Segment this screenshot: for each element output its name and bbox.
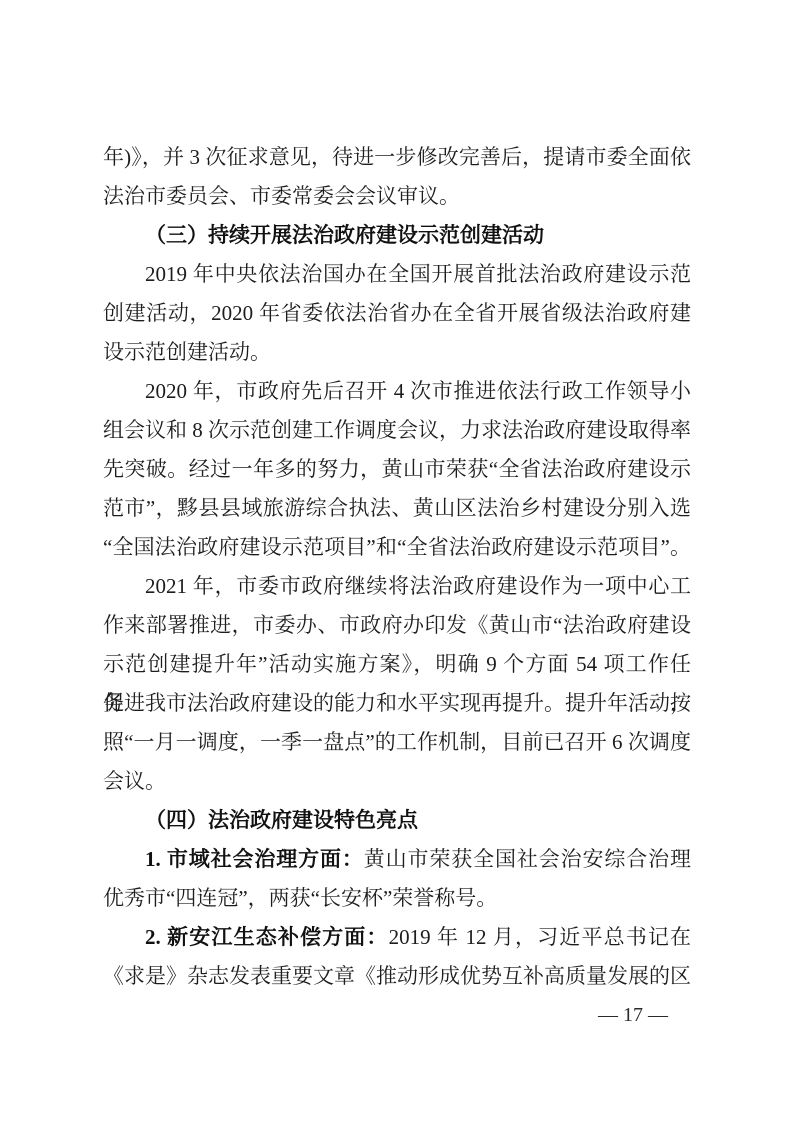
text-line: 2020 年，市政府先后召开 4 次市推进依法行政工作领导小: [103, 372, 691, 411]
text-line: 先突破。经过一年多的努力，黄山市荣获“全省法治政府建设示: [103, 450, 691, 489]
text-line: “全国法治政府建设示范项目”和“全省法治政府建设示范项目”。: [103, 528, 691, 567]
paragraph-item-2: 2. 新安江生态补偿方面：2019 年 12 月，习近平总书记在 《求是》杂志发…: [103, 918, 691, 996]
text-line: 《求是》杂志发表重要文章《推动形成优势互补高质量发展的区: [103, 957, 691, 996]
text-line: 组会议和 8 次示范创建工作调度会议，力求法治政府建设取得率: [103, 411, 691, 450]
text-line: 年)》，并 3 次征求意见，待进一步修改完善后，提请市委全面依: [103, 138, 691, 177]
text-line: 2019 年中央依法治国办在全国开展首批法治政府建设示范: [103, 255, 691, 294]
text-line: 促进我市法治政府建设的能力和水平实现再提升。提升年活动按: [103, 684, 691, 723]
heading-section-4: （四）法治政府建设特色亮点: [103, 801, 691, 840]
heading-section-3: （三）持续开展法治政府建设示范创建活动: [103, 216, 691, 255]
text-line: 示范创建提升年”活动实施方案》，明确 9 个方面 54 项工作任务，: [103, 645, 691, 684]
item-1-lead: 1. 市域社会治理方面：: [145, 847, 364, 871]
paragraph-continuation: 年)》，并 3 次征求意见，待进一步修改完善后，提请市委全面依 法治市委员会、市…: [103, 138, 691, 216]
text-line: 照“一月一调度，一季一盘点”的工作机制，目前已召开 6 次调度: [103, 723, 691, 762]
item-1-rest: 黄山市荣获全国社会治安综合治理: [364, 847, 691, 871]
text-line: 法治市委员会、市委常委会会议审议。: [103, 177, 691, 216]
item-2-lead: 2. 新安江生态补偿方面：: [145, 925, 389, 949]
paragraph-2019: 2019 年中央依法治国办在全国开展首批法治政府建设示范 创建活动，2020 年…: [103, 255, 691, 372]
text-line: 1. 市域社会治理方面：黄山市荣获全国社会治安综合治理: [103, 840, 691, 879]
text-line: 会议。: [103, 762, 691, 801]
text-line: 创建活动，2020 年省委依法治省办在全省开展省级法治政府建: [103, 294, 691, 333]
document-page: 年)》，并 3 次征求意见，待进一步修改完善后，提请市委全面依 法治市委员会、市…: [0, 0, 793, 1122]
document-body: 年)》，并 3 次征求意见，待进一步修改完善后，提请市委全面依 法治市委员会、市…: [103, 138, 691, 996]
paragraph-2020: 2020 年，市政府先后召开 4 次市推进依法行政工作领导小 组会议和 8 次示…: [103, 372, 691, 567]
text-line: 2. 新安江生态补偿方面：2019 年 12 月，习近平总书记在: [103, 918, 691, 957]
paragraph-2021: 2021 年，市委市政府继续将法治政府建设作为一项中心工 作来部署推进，市委办、…: [103, 567, 691, 801]
item-2-rest: 2019 年 12 月，习近平总书记在: [389, 925, 691, 949]
text-line: 设示范创建活动。: [103, 333, 691, 372]
text-line: 2021 年，市委市政府继续将法治政府建设作为一项中心工: [103, 567, 691, 606]
paragraph-item-1: 1. 市域社会治理方面：黄山市荣获全国社会治安综合治理 优秀市“四连冠”，两获“…: [103, 840, 691, 918]
page-number: — 17 —: [578, 997, 688, 1033]
text-line: 范市”，黟县县域旅游综合执法、黄山区法治乡村建设分别入选: [103, 489, 691, 528]
text-line: 优秀市“四连冠”，两获“长安杯”荣誉称号。: [103, 879, 691, 918]
text-line: 作来部署推进，市委办、市政府办印发《黄山市“法治政府建设: [103, 606, 691, 645]
